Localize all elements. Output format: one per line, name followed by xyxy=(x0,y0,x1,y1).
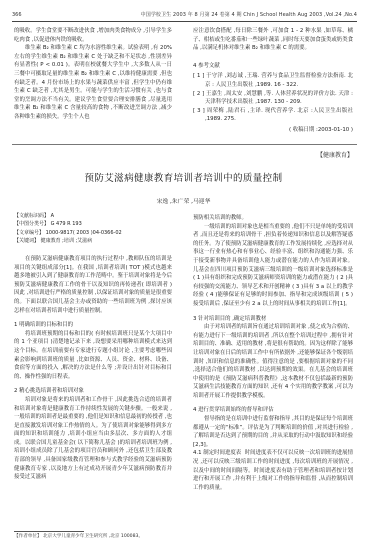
article-metadata: 【文献标识码】 A 【中图分类号】 G 479 R 193 【文章编号】 100… xyxy=(14,212,174,245)
article-title: 预防艾滋病健康教育培训者培训中的质量控制 xyxy=(0,170,367,184)
subsection-heading: 4.1 制定时间进度表 时间进度表不仅可以反映一次培训班的进展情况 ,还可以反映… xyxy=(193,449,353,492)
subsection-title: 4.1 制定时间进度表 xyxy=(193,450,241,456)
author-affiliation-footnote: 【作者单位】 北京大学儿童青少年卫生研究所 ,北京 100083。 xyxy=(14,533,184,540)
intro-paragraph: 在预防艾滋病健康教育项目的执行过程中 ,教师队伍的培训是项目的关键组成部分[1]… xyxy=(14,255,172,315)
received-date: ( 收稿日期 :2003-01-10 ) xyxy=(193,126,353,135)
reference-item: [ 2 ] 王嘉生 ,周太安 ,刘慧鹏 ,等. 人体营养状况的评价方法. 天津 … xyxy=(193,90,353,107)
section-body: 一级培训的培训对象也是相当重要的 ,他们不只是单纯的受培训者 ,而且还是将来的培… xyxy=(193,223,353,309)
document-code: 【文献标识码】 A xyxy=(14,212,174,220)
section-body: 由于对培训者的培训旨在通过培训培训对象 ,使之成为合格的、有能力进行下一级培训的… xyxy=(193,323,353,400)
reference-item: [ 3 ] 周荣梅 ,陆君石 ,主译. 现代营养学. 北京 :人民卫生出版社 ,… xyxy=(193,107,353,124)
section-heading: 4 进行贯穿培训始终的督导和评估 xyxy=(193,406,353,415)
journal-citation: 中国学校卫生 2003 年 8 月第 24 卷第 4 期 Chin J Scho… xyxy=(141,11,357,19)
subsection-body: 时间进度表不仅可以反映一次培训班的进展情况 ,还可以反映三级培训工作的时间进度 … xyxy=(193,450,353,490)
paragraph: 的吸收。学生食堂要不断改进伙食 ,增加肉类食物成分 ,引导学生多吃肉食 ,以促进… xyxy=(14,27,172,44)
section-tag: 【健康教育】 xyxy=(317,150,353,159)
paragraph: 维生素 B₂ 和维生素 C 均为水溶性维生素。试验表明 ,有 20%左右的学生维… xyxy=(14,44,172,121)
keywords: 【关键词】 健康教育 ;培训 ;艾滋病 xyxy=(14,237,174,245)
section-body: 督导指的是在培训中进行监督和指导 ,其目的是保证每个培训班都遵从一定的“标准”。… xyxy=(193,415,353,449)
section-body: 将培训班预期的目标和目的( 有时候培训班只是某个大项目中的 1 个亚项目 )清楚… xyxy=(14,330,172,382)
references-heading: 4 参考文献 xyxy=(193,62,353,71)
section-body-continued: 预防相关培训的教师。 xyxy=(193,214,353,223)
section-heading: 2 精心挑选培训者和培训对象 xyxy=(14,387,172,396)
running-header: 366 中国学校卫生 2003 年 8 月第 24 卷第 4 期 Chin J … xyxy=(12,11,357,22)
footnote-rule xyxy=(14,531,84,532)
page-number: 366 xyxy=(12,11,22,19)
reference-item: [ 1 ] 于守洋 ,刘志诚 ,王瑞. 营养与食品卫生监督检验方法指南. 北京 … xyxy=(193,72,353,89)
article-divider xyxy=(12,144,357,145)
article-right-column: 预防相关培训的教师。 一级培训的培训对象也是相当重要的 ,他们不只是单纯的受培训… xyxy=(193,214,353,492)
section-heading: 1 明确培训的目标和目的 xyxy=(14,321,172,330)
previous-article-right-column: 应注意饮食搭配 ,每日除三餐外 ,可加食 1 - 2 种水果 ,如草莓、橘子、柑… xyxy=(193,27,353,135)
classification-number: 【中图分类号】 G 479 R 193 xyxy=(14,220,174,228)
section-heading: 3 针对培训目的 ,确定培训教材 xyxy=(193,315,353,324)
previous-article-left-column: 的吸收。学生食堂要不断改进伙食 ,增加肉类食物成分 ,引导学生多吃肉食 ,以促进… xyxy=(14,27,172,122)
paragraph: 应注意饮食搭配 ,每日除三餐外 ,可加食 1 - 2 种水果 ,如草莓、橘子、柑… xyxy=(193,27,353,53)
article-id: 【文章编号】 1000-9817( 2003 )04-0366-02 xyxy=(14,229,174,237)
article-left-column: 在预防艾滋病健康教育项目的执行过程中 ,教师队伍的培训是项目的关键组成部分[1]… xyxy=(14,255,172,482)
article-authors: 宋逸 ,朱广荣 ,马迎华 xyxy=(0,196,367,205)
section-body: 培训对象是将来的培训者和工作骨干 ,因此挑选合适的培训者和培训对象将是健康教育工… xyxy=(14,396,172,482)
